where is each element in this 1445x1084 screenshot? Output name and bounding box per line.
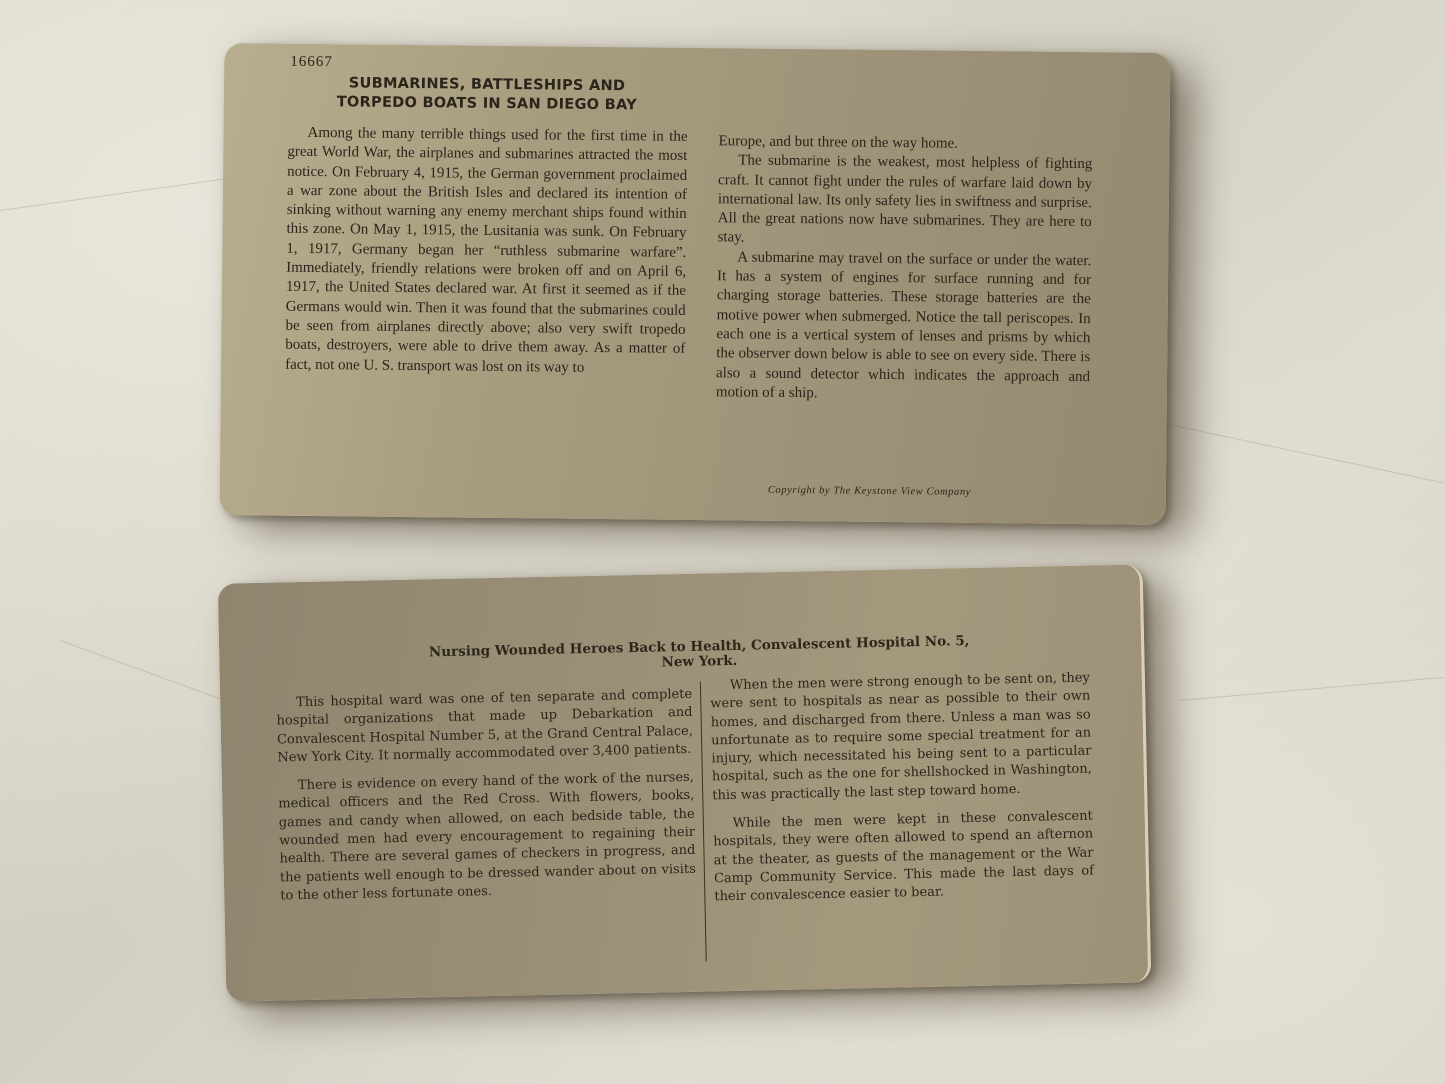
paragraph: This hospital ward was one of ten separa…: [276, 686, 693, 768]
paragraph: A submarine may travel on the surface or…: [716, 248, 1092, 406]
paragraph: When the men were strong enough to be se…: [710, 669, 1093, 805]
title-line: TORPEDO BOATS IN SAN DIEGO BAY: [282, 93, 692, 116]
card-number: 16667: [290, 54, 333, 71]
paragraph: There is evidence on every hand of the w…: [278, 769, 697, 906]
marble-vein: [1180, 677, 1444, 701]
column-divider: [700, 682, 707, 962]
paragraph: Among the many terrible things used for …: [285, 124, 688, 379]
marble-vein: [60, 640, 220, 699]
copyright-line: Copyright by The Keystone View Company: [768, 485, 971, 498]
left-column: This hospital ward was one of ten separa…: [276, 686, 696, 906]
paragraph: While the men were kept in these convale…: [713, 808, 1095, 907]
marble-vein: [0, 174, 258, 211]
stereoview-card-submarines: 16667 SUBMARINES, BATTLESHIPS AND TORPED…: [220, 43, 1171, 525]
marble-vein: [1150, 420, 1444, 483]
right-column: When the men were strong enough to be se…: [710, 669, 1095, 906]
right-column: Europe, and but three on the way home. T…: [716, 132, 1093, 406]
stereoview-card-hospital: Nursing Wounded Heroes Back to Health, C…: [218, 564, 1152, 1001]
paragraph: The submarine is the weakest, most helpl…: [717, 152, 1092, 252]
card-title: SUBMARINES, BATTLESHIPS AND TORPEDO BOAT…: [282, 74, 692, 116]
left-column: Among the many terrible things used for …: [285, 124, 688, 379]
card-title: Nursing Wounded Heroes Back to Health, C…: [359, 633, 1039, 677]
